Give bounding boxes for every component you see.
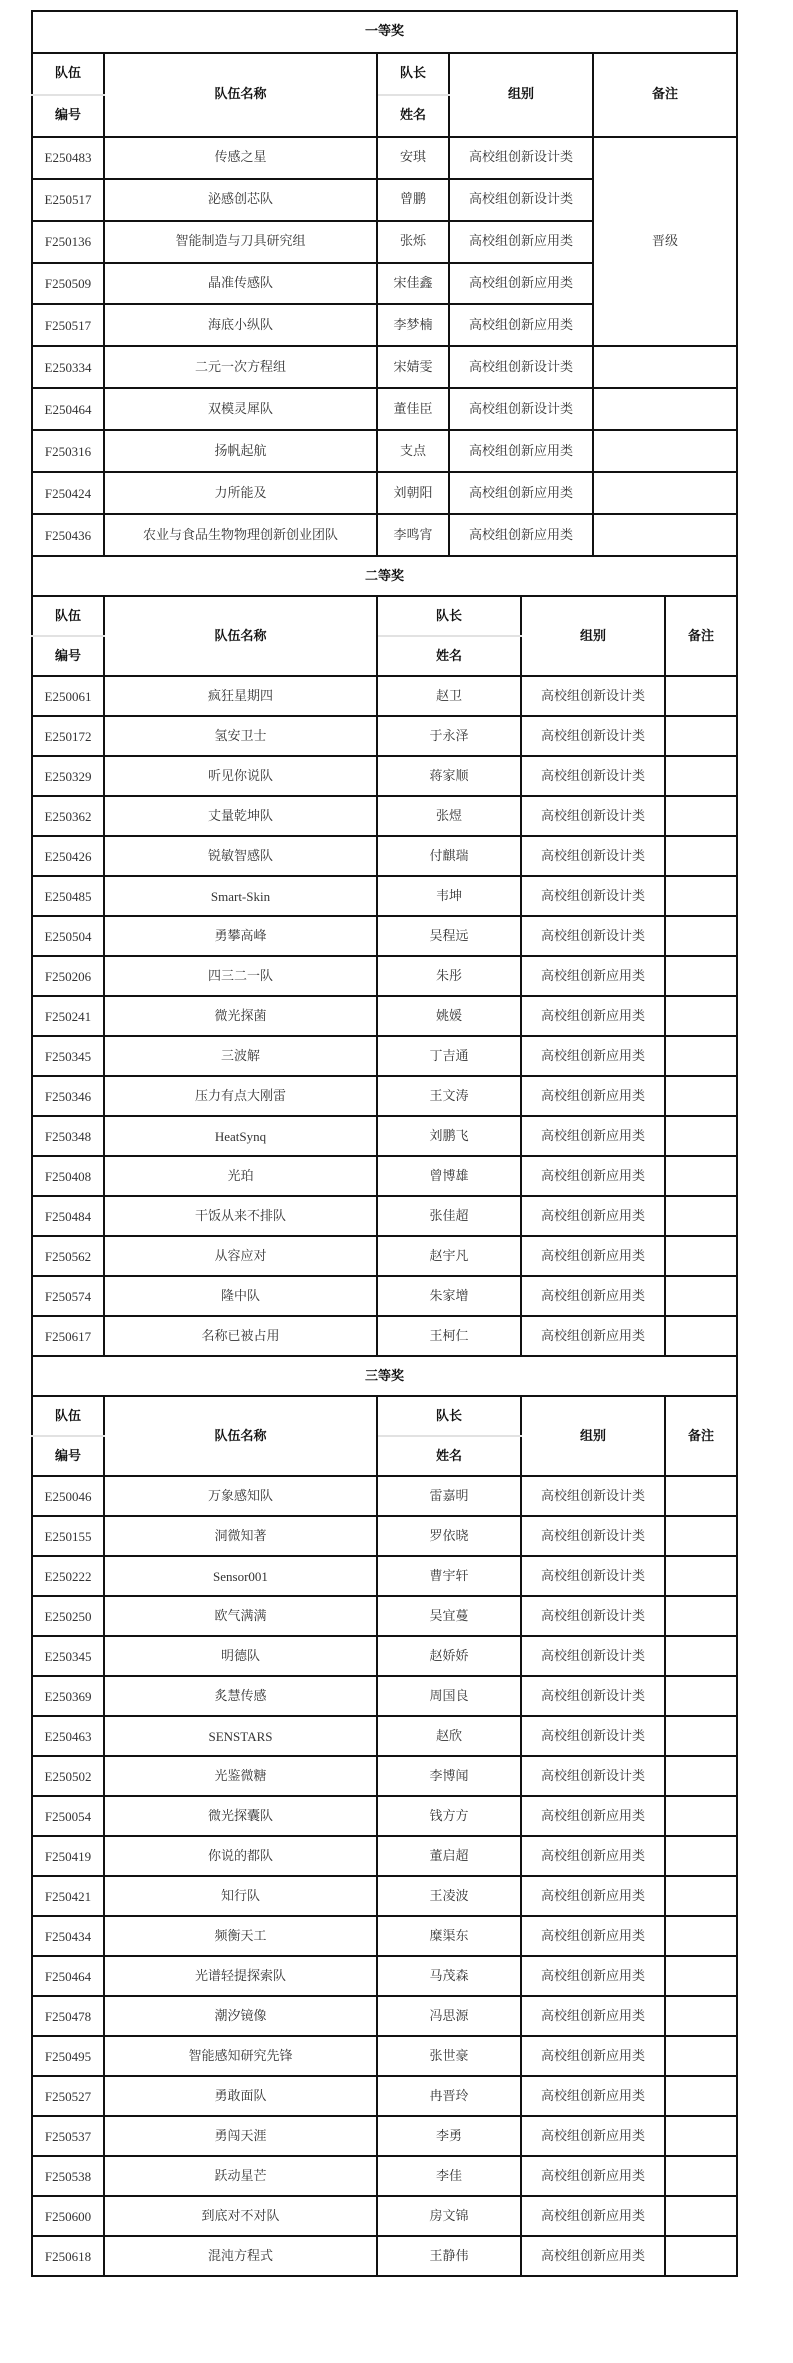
group-cell: 高校组创新应用类 [521, 1116, 665, 1156]
captain-name-cell: 王凌波 [377, 1876, 521, 1916]
captain-name-cell: 赵卫 [377, 676, 521, 716]
table-row: E250046万象感知队雷嘉明高校组创新设计类 [32, 1476, 737, 1516]
captain-name-cell: 糜渠东 [377, 1916, 521, 1956]
table-row: E250369炙慧传感周国良高校组创新设计类 [32, 1676, 737, 1716]
table-row: E250172氢安卫士于永泽高校组创新设计类 [32, 716, 737, 756]
table-row: F250464光谱轻提探索队马茂森高校组创新应用类 [32, 1956, 737, 1996]
team-name-cell: 传感之星 [104, 137, 377, 179]
table-row: F250436农业与食品生物物理创新创业团队李鸣宵高校组创新应用类 [32, 514, 737, 556]
captain-name-cell: 宋佳鑫 [377, 263, 449, 305]
table-row: F250600到底对不对队房文锦高校组创新应用类 [32, 2196, 737, 2236]
team-id-cell: F250464 [32, 1956, 104, 1996]
remark-cell [665, 956, 737, 996]
remark-cell [665, 1596, 737, 1636]
remark-cell [665, 1156, 737, 1196]
team-name-cell: 锐敏智感队 [104, 836, 377, 876]
team-name-cell: 泌感创芯队 [104, 179, 377, 221]
team-name-cell: 勇敢面队 [104, 2076, 377, 2116]
team-name-cell: 知行队 [104, 1876, 377, 1916]
remark-cell [665, 1676, 737, 1716]
team-id-cell: F250509 [32, 263, 104, 305]
remark-cell [593, 472, 737, 514]
remark-cell [665, 1836, 737, 1876]
team-id-cell: E250061 [32, 676, 104, 716]
table-row: F250434频衡天工糜渠东高校组创新应用类 [32, 1916, 737, 1956]
group-cell: 高校组创新应用类 [521, 1996, 665, 2036]
team-id-cell: F250434 [32, 1916, 104, 1956]
team-name-cell: SENSTARS [104, 1716, 377, 1756]
group-cell: 高校组创新应用类 [521, 2076, 665, 2116]
remark-cell [665, 2196, 737, 2236]
team-id-cell: F250408 [32, 1156, 104, 1196]
table-row: E250362丈量乾坤队张煜高校组创新设计类 [32, 796, 737, 836]
header-remark: 备注 [665, 596, 737, 676]
captain-name-cell: 董佳臣 [377, 388, 449, 430]
team-id-cell: E250463 [32, 1716, 104, 1756]
team-id-cell: F250346 [32, 1076, 104, 1116]
remark-cell [665, 1236, 737, 1276]
table-row: F250618混沌方程式王静伟高校组创新应用类 [32, 2236, 737, 2276]
captain-name-cell: 于永泽 [377, 716, 521, 756]
third-prize-table: 三等奖 队伍 队伍名称 队长 组别 备注 编号 姓名 E250046万象感知队雷… [31, 1355, 738, 2277]
team-name-cell: 力所能及 [104, 472, 377, 514]
captain-name-cell: 朱家增 [377, 1276, 521, 1316]
header-team-name: 队伍名称 [104, 1396, 377, 1476]
remark-cell [665, 1716, 737, 1756]
remark-cell [665, 1916, 737, 1956]
table-row: F250495智能感知研究先锋张世豪高校组创新应用类 [32, 2036, 737, 2076]
header-team-id-top: 队伍 [32, 596, 104, 636]
team-name-cell: 海底小纵队 [104, 304, 377, 346]
remark-cell [665, 756, 737, 796]
team-name-cell: 跃动星芒 [104, 2156, 377, 2196]
captain-name-cell: 雷嘉明 [377, 1476, 521, 1516]
team-id-cell: F250419 [32, 1836, 104, 1876]
team-name-cell: 混沌方程式 [104, 2236, 377, 2276]
team-name-cell: 双模灵犀队 [104, 388, 377, 430]
captain-name-cell: 刘鹏飞 [377, 1116, 521, 1156]
header-captain-top: 队长 [377, 596, 521, 636]
team-id-cell: F250421 [32, 1876, 104, 1916]
group-cell: 高校组创新应用类 [449, 221, 593, 263]
team-name-cell: 炙慧传感 [104, 1676, 377, 1716]
table-row: F250527勇敢面队冉晋玲高校组创新应用类 [32, 2076, 737, 2116]
team-name-cell: 二元一次方程组 [104, 346, 377, 388]
team-id-cell: F250484 [32, 1196, 104, 1236]
captain-name-cell: 安琪 [377, 137, 449, 179]
captain-name-cell: 支点 [377, 430, 449, 472]
captain-name-cell: 朱彤 [377, 956, 521, 996]
captain-name-cell: 李勇 [377, 2116, 521, 2156]
team-id-cell: F250618 [32, 2236, 104, 2276]
team-id-cell: E250155 [32, 1516, 104, 1556]
remark-cell [665, 916, 737, 956]
table-row: E250155洞微知著罗依晓高校组创新设计类 [32, 1516, 737, 1556]
table-row: E250502光鉴微糖李博闻高校组创新设计类 [32, 1756, 737, 1796]
table-row: E250329听见你说队蒋家顺高校组创新设计类 [32, 756, 737, 796]
group-cell: 高校组创新设计类 [521, 876, 665, 916]
group-cell: 高校组创新设计类 [449, 179, 593, 221]
team-id-cell: E250250 [32, 1596, 104, 1636]
remark-cell [593, 346, 737, 388]
captain-name-cell: 宋婧雯 [377, 346, 449, 388]
remark-cell [665, 1556, 737, 1596]
header-team-name: 队伍名称 [104, 53, 377, 137]
team-name-cell: 明德队 [104, 1636, 377, 1676]
remark-cell [665, 996, 737, 1036]
captain-name-cell: 李博闻 [377, 1756, 521, 1796]
header-team-id-bottom: 编号 [32, 1436, 104, 1476]
remark-cell [665, 796, 737, 836]
group-cell: 高校组创新应用类 [521, 1316, 665, 1356]
team-id-cell: F250537 [32, 2116, 104, 2156]
group-cell: 高校组创新应用类 [521, 1836, 665, 1876]
header-team-name: 队伍名称 [104, 596, 377, 676]
team-name-cell: 智能感知研究先锋 [104, 2036, 377, 2076]
captain-name-cell: 马茂森 [377, 1956, 521, 1996]
section-title-second-prize: 二等奖 [32, 556, 737, 596]
table-row: F250054微光探囊队钱方方高校组创新应用类 [32, 1796, 737, 1836]
team-id-cell: E250345 [32, 1636, 104, 1676]
header-remark: 备注 [593, 53, 737, 137]
header-group: 组别 [521, 1396, 665, 1476]
award-list-document: 一等奖 队伍 队伍名称 队长 组别 备注 编号 姓名 E250483传感之星安琪… [31, 10, 736, 2277]
remark-cell [593, 388, 737, 430]
table-row: E250334二元一次方程组宋婧雯高校组创新设计类 [32, 346, 737, 388]
table-row: F250537勇闯天涯李勇高校组创新应用类 [32, 2116, 737, 2156]
header-captain-top: 队长 [377, 1396, 521, 1436]
table-row: F250408光珀曾博雄高校组创新应用类 [32, 1156, 737, 1196]
team-name-cell: 勇闯天涯 [104, 2116, 377, 2156]
team-id-cell: F250478 [32, 1996, 104, 2036]
captain-name-cell: 王柯仁 [377, 1316, 521, 1356]
remark-cell [665, 1876, 737, 1916]
team-id-cell: F250348 [32, 1116, 104, 1156]
group-cell: 高校组创新应用类 [521, 1916, 665, 1956]
remark-cell [665, 1956, 737, 1996]
section-title-first-prize: 一等奖 [32, 11, 737, 53]
table-row: F250419你说的都队董启超高校组创新应用类 [32, 1836, 737, 1876]
captain-name-cell: 曾博雄 [377, 1156, 521, 1196]
header-group: 组别 [521, 596, 665, 676]
table-row: E250345明德队赵娇娇高校组创新设计类 [32, 1636, 737, 1676]
first-prize-table: 一等奖 队伍 队伍名称 队长 组别 备注 编号 姓名 E250483传感之星安琪… [31, 10, 738, 557]
captain-name-cell: 李梦楠 [377, 304, 449, 346]
captain-name-cell: 吴宜蔓 [377, 1596, 521, 1636]
team-name-cell: 隆中队 [104, 1276, 377, 1316]
group-cell: 高校组创新应用类 [449, 430, 593, 472]
group-cell: 高校组创新设计类 [521, 1636, 665, 1676]
team-id-cell: E250504 [32, 916, 104, 956]
team-id-cell: F250206 [32, 956, 104, 996]
team-name-cell: 农业与食品生物物理创新创业团队 [104, 514, 377, 556]
table-row: F250206四三二一队朱彤高校组创新应用类 [32, 956, 737, 996]
team-id-cell: E250046 [32, 1476, 104, 1516]
captain-name-cell: 李鸣宵 [377, 514, 449, 556]
table-row: F250345三波解丁吉通高校组创新应用类 [32, 1036, 737, 1076]
table-row: E250463SENSTARS赵欣高校组创新设计类 [32, 1716, 737, 1756]
header-captain-bottom: 姓名 [377, 95, 449, 137]
remark-cell [665, 2116, 737, 2156]
group-cell: 高校组创新应用类 [449, 263, 593, 305]
table-row: F250424力所能及刘朝阳高校组创新应用类 [32, 472, 737, 514]
table-row: F250574隆中队朱家增高校组创新应用类 [32, 1276, 737, 1316]
captain-name-cell: 张世豪 [377, 2036, 521, 2076]
group-cell: 高校组创新应用类 [521, 2116, 665, 2156]
team-name-cell: 晶准传感队 [104, 263, 377, 305]
captain-name-cell: 丁吉通 [377, 1036, 521, 1076]
remark-cell [665, 1076, 737, 1116]
team-name-cell: 微光探囊队 [104, 1796, 377, 1836]
team-name-cell: 名称已被占用 [104, 1316, 377, 1356]
team-id-cell: F250424 [32, 472, 104, 514]
remark-cell [665, 1116, 737, 1156]
group-cell: 高校组创新应用类 [521, 2196, 665, 2236]
table-row: E250485Smart-Skin韦坤高校组创新设计类 [32, 876, 737, 916]
remark-cell [665, 1196, 737, 1236]
group-cell: 高校组创新应用类 [521, 2036, 665, 2076]
header-captain-top: 队长 [377, 53, 449, 95]
team-name-cell: 到底对不对队 [104, 2196, 377, 2236]
remark-cell [665, 1036, 737, 1076]
team-id-cell: F250136 [32, 221, 104, 263]
team-name-cell: 听见你说队 [104, 756, 377, 796]
group-cell: 高校组创新设计类 [449, 346, 593, 388]
team-name-cell: 万象感知队 [104, 1476, 377, 1516]
captain-name-cell: 张煜 [377, 796, 521, 836]
captain-name-cell: 冯思源 [377, 1996, 521, 2036]
captain-name-cell: 房文锦 [377, 2196, 521, 2236]
group-cell: 高校组创新设计类 [521, 1596, 665, 1636]
group-cell: 高校组创新应用类 [521, 2236, 665, 2276]
captain-name-cell: 王文涛 [377, 1076, 521, 1116]
header-team-id-top: 队伍 [32, 53, 104, 95]
team-name-cell: 干饭从来不排队 [104, 1196, 377, 1236]
team-id-cell: F250495 [32, 2036, 104, 2076]
remark-cell [665, 2076, 737, 2116]
group-cell: 高校组创新应用类 [449, 514, 593, 556]
group-cell: 高校组创新设计类 [521, 1516, 665, 1556]
captain-name-cell: 张佳超 [377, 1196, 521, 1236]
table-row: E250426锐敏智感队付麒瑞高校组创新设计类 [32, 836, 737, 876]
remark-cell [665, 1796, 737, 1836]
header-group: 组别 [449, 53, 593, 137]
captain-name-cell: 罗依晓 [377, 1516, 521, 1556]
table-row: F250316扬帆起航支点高校组创新应用类 [32, 430, 737, 472]
table-row: F250421知行队王凌波高校组创新应用类 [32, 1876, 737, 1916]
captain-name-cell: 吴程远 [377, 916, 521, 956]
remark-cell [665, 2036, 737, 2076]
group-cell: 高校组创新应用类 [521, 1196, 665, 1236]
captain-name-cell: 周国良 [377, 1676, 521, 1716]
team-name-cell: 四三二一队 [104, 956, 377, 996]
team-id-cell: F250316 [32, 430, 104, 472]
captain-name-cell: 姚媛 [377, 996, 521, 1036]
captain-name-cell: 曾鹏 [377, 179, 449, 221]
header-team-id-bottom: 编号 [32, 95, 104, 137]
remark-cell [665, 1996, 737, 2036]
group-cell: 高校组创新设计类 [521, 676, 665, 716]
team-name-cell: 扬帆起航 [104, 430, 377, 472]
team-id-cell: F250538 [32, 2156, 104, 2196]
group-cell: 高校组创新应用类 [521, 1276, 665, 1316]
team-id-cell: F250527 [32, 2076, 104, 2116]
team-name-cell: 频衡天工 [104, 1916, 377, 1956]
group-cell: 高校组创新设计类 [449, 137, 593, 179]
team-id-cell: E250426 [32, 836, 104, 876]
team-name-cell: 欧气满满 [104, 1596, 377, 1636]
table-row: F250538跃动星芒李佳高校组创新应用类 [32, 2156, 737, 2196]
remark-cell [665, 1476, 737, 1516]
team-name-cell: 丈量乾坤队 [104, 796, 377, 836]
team-name-cell: 你说的都队 [104, 1836, 377, 1876]
group-cell: 高校组创新应用类 [521, 1156, 665, 1196]
team-name-cell: 勇攀高峰 [104, 916, 377, 956]
group-cell: 高校组创新应用类 [449, 472, 593, 514]
team-name-cell: 智能制造与刀具研究组 [104, 221, 377, 263]
group-cell: 高校组创新设计类 [521, 756, 665, 796]
team-id-cell: F250054 [32, 1796, 104, 1836]
captain-name-cell: 赵欣 [377, 1716, 521, 1756]
remark-cell [665, 1636, 737, 1676]
group-cell: 高校组创新应用类 [521, 1796, 665, 1836]
group-cell: 高校组创新应用类 [521, 996, 665, 1036]
team-name-cell: HeatSynq [104, 1116, 377, 1156]
team-name-cell: 从容应对 [104, 1236, 377, 1276]
table-row: F250478潮汐镜像冯思源高校组创新应用类 [32, 1996, 737, 2036]
remark-cell [665, 876, 737, 916]
team-id-cell: E250222 [32, 1556, 104, 1596]
team-name-cell: 疯狂星期四 [104, 676, 377, 716]
remark-cell [665, 1316, 737, 1356]
captain-name-cell: 钱方方 [377, 1796, 521, 1836]
table-row: F250241微光探菌姚媛高校组创新应用类 [32, 996, 737, 1036]
header-team-id-top: 队伍 [32, 1396, 104, 1436]
team-id-cell: E250172 [32, 716, 104, 756]
table-row: F250562从容应对赵宇凡高校组创新应用类 [32, 1236, 737, 1276]
team-name-cell: 压力有点大刚雷 [104, 1076, 377, 1116]
group-cell: 高校组创新设计类 [521, 836, 665, 876]
table-row: F250346压力有点大刚雷王文涛高校组创新应用类 [32, 1076, 737, 1116]
table-row: E250464双模灵犀队董佳臣高校组创新设计类 [32, 388, 737, 430]
header-team-id-bottom: 编号 [32, 636, 104, 676]
group-cell: 高校组创新设计类 [521, 1756, 665, 1796]
captain-name-cell: 冉晋玲 [377, 2076, 521, 2116]
team-name-cell: Sensor001 [104, 1556, 377, 1596]
team-name-cell: 三波解 [104, 1036, 377, 1076]
group-cell: 高校组创新应用类 [521, 1236, 665, 1276]
captain-name-cell: 董启超 [377, 1836, 521, 1876]
remark-cell [665, 1276, 737, 1316]
captain-name-cell: 王静伟 [377, 2236, 521, 2276]
captain-name-cell: 蒋家顺 [377, 756, 521, 796]
team-id-cell: E250517 [32, 179, 104, 221]
team-name-cell: Smart-Skin [104, 876, 377, 916]
remark-cell [665, 836, 737, 876]
team-id-cell: E250483 [32, 137, 104, 179]
group-cell: 高校组创新设计类 [521, 916, 665, 956]
captain-name-cell: 赵娇娇 [377, 1636, 521, 1676]
team-name-cell: 洞微知著 [104, 1516, 377, 1556]
group-cell: 高校组创新设计类 [521, 796, 665, 836]
team-id-cell: E250502 [32, 1756, 104, 1796]
team-id-cell: F250617 [32, 1316, 104, 1356]
remark-cell [665, 1516, 737, 1556]
remark-cell [665, 2156, 737, 2196]
table-row: E250061疯狂星期四赵卫高校组创新设计类 [32, 676, 737, 716]
table-row: F250617名称已被占用王柯仁高校组创新应用类 [32, 1316, 737, 1356]
team-name-cell: 微光探菌 [104, 996, 377, 1036]
group-cell: 高校组创新应用类 [521, 1876, 665, 1916]
group-cell: 高校组创新设计类 [521, 1476, 665, 1516]
remark-cell [593, 430, 737, 472]
header-captain-bottom: 姓名 [377, 1436, 521, 1476]
remark-cell [665, 716, 737, 756]
header-remark: 备注 [665, 1396, 737, 1476]
captain-name-cell: 赵宇凡 [377, 1236, 521, 1276]
second-prize-table: 二等奖 队伍 队伍名称 队长 组别 备注 编号 姓名 E250061疯狂星期四赵… [31, 555, 738, 1357]
group-cell: 高校组创新设计类 [521, 1676, 665, 1716]
section-title-third-prize: 三等奖 [32, 1356, 737, 1396]
team-id-cell: E250334 [32, 346, 104, 388]
team-id-cell: F250600 [32, 2196, 104, 2236]
team-name-cell: 光谱轻提探索队 [104, 1956, 377, 1996]
team-id-cell: F250436 [32, 514, 104, 556]
team-id-cell: E250329 [32, 756, 104, 796]
table-row: E250250欧气满满吴宜蔓高校组创新设计类 [32, 1596, 737, 1636]
captain-name-cell: 曹宇轩 [377, 1556, 521, 1596]
remark-promoted-cell: 晋级 [593, 137, 737, 347]
table-row: F250348HeatSynq刘鹏飞高校组创新应用类 [32, 1116, 737, 1156]
team-name-cell: 潮汐镜像 [104, 1996, 377, 2036]
team-id-cell: F250574 [32, 1276, 104, 1316]
team-id-cell: E250464 [32, 388, 104, 430]
header-captain-bottom: 姓名 [377, 636, 521, 676]
group-cell: 高校组创新应用类 [521, 1076, 665, 1116]
captain-name-cell: 韦坤 [377, 876, 521, 916]
team-id-cell: E250362 [32, 796, 104, 836]
group-cell: 高校组创新应用类 [521, 956, 665, 996]
group-cell: 高校组创新应用类 [449, 304, 593, 346]
captain-name-cell: 李佳 [377, 2156, 521, 2196]
team-id-cell: E250369 [32, 1676, 104, 1716]
team-name-cell: 光鉴微糖 [104, 1756, 377, 1796]
group-cell: 高校组创新设计类 [521, 1716, 665, 1756]
table-row: E250483传感之星安琪高校组创新设计类晋级 [32, 137, 737, 179]
captain-name-cell: 刘朝阳 [377, 472, 449, 514]
remark-cell [665, 2236, 737, 2276]
group-cell: 高校组创新应用类 [521, 2156, 665, 2196]
remark-cell [665, 676, 737, 716]
team-id-cell: F250517 [32, 304, 104, 346]
table-row: F250484干饭从来不排队张佳超高校组创新应用类 [32, 1196, 737, 1236]
table-row: E250222Sensor001曹宇轩高校组创新设计类 [32, 1556, 737, 1596]
captain-name-cell: 付麒瑞 [377, 836, 521, 876]
table-row: E250504勇攀高峰吴程远高校组创新设计类 [32, 916, 737, 956]
team-id-cell: F250562 [32, 1236, 104, 1276]
team-name-cell: 氢安卫士 [104, 716, 377, 756]
team-name-cell: 光珀 [104, 1156, 377, 1196]
group-cell: 高校组创新设计类 [449, 388, 593, 430]
group-cell: 高校组创新设计类 [521, 1556, 665, 1596]
group-cell: 高校组创新设计类 [521, 716, 665, 756]
group-cell: 高校组创新应用类 [521, 1956, 665, 1996]
remark-cell [593, 514, 737, 556]
team-id-cell: F250345 [32, 1036, 104, 1076]
team-id-cell: F250241 [32, 996, 104, 1036]
group-cell: 高校组创新应用类 [521, 1036, 665, 1076]
captain-name-cell: 张烁 [377, 221, 449, 263]
